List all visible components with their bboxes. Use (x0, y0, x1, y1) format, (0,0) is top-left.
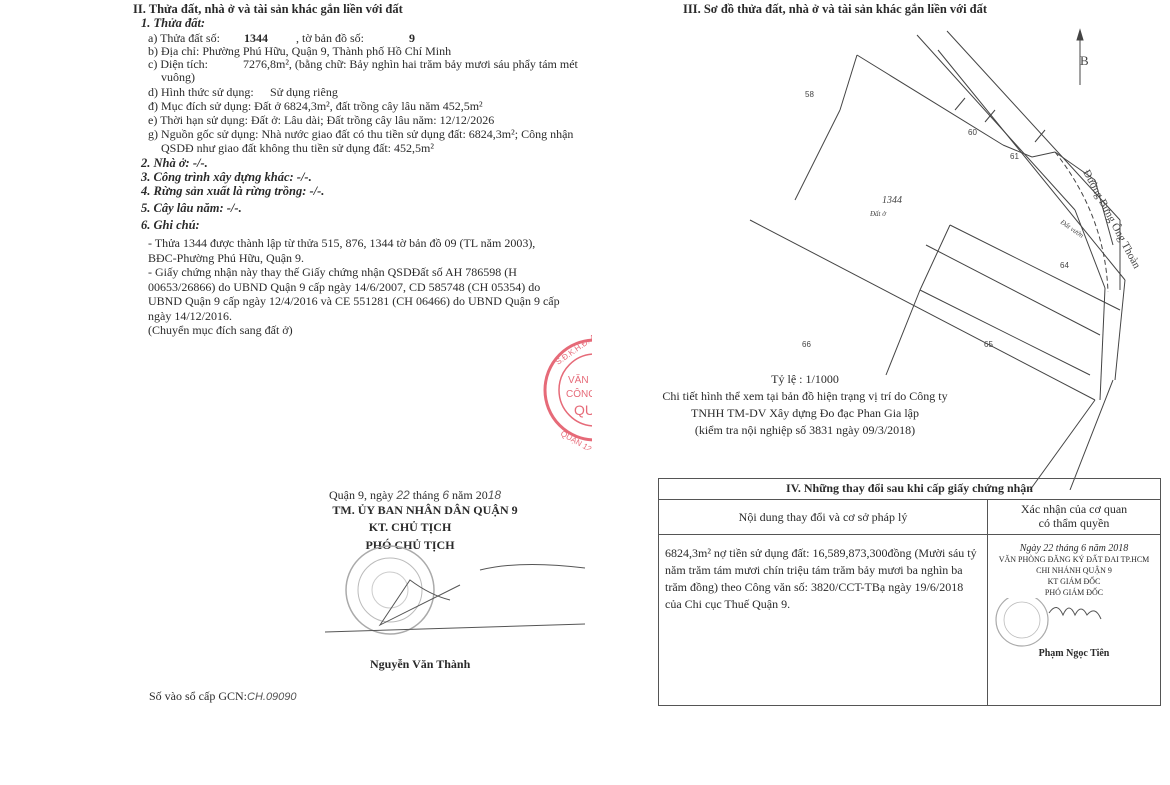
usage-term: e) Thời hạn sử dụng: Đất ở: Lâu dài; Đất… (148, 113, 494, 127)
svg-text:66: 66 (802, 340, 811, 349)
area-value: 7276,8m², (bằng chữ: Bảy nghìn hai trăm … (243, 57, 578, 71)
svg-text:65: 65 (984, 340, 993, 349)
signature-date: Quận 9, ngày 22 tháng 6 năm 2018 (329, 488, 501, 502)
note-line: BĐC-Phường Phú Hữu, Quận 9. (148, 251, 560, 266)
date-month: 6 (442, 488, 449, 502)
svg-text:Đất ở: Đất ở (869, 210, 887, 218)
map-note-2: TNHH TM-DV Xây dựng Đo đạc Phan Gia lập (660, 406, 950, 420)
other-works-item: 3. Công trình xây dựng khác: -/-. (141, 170, 312, 185)
year-label: năm 20 (452, 488, 488, 502)
note-line: - Thửa 1344 được thành lập từ thửa 515, … (148, 236, 560, 251)
notes-list: - Thửa 1344 được thành lập từ thửa 515, … (148, 236, 560, 338)
note-line: UBND Quận 9 cấp ngày 12/4/2016 và CE 551… (148, 294, 560, 309)
parcel-heading: 1. Thửa đất: (141, 16, 205, 31)
register-label: Số vào sổ cấp GCN: (149, 689, 247, 703)
map-sheet-number: 9 (409, 31, 415, 45)
usage-origin: g) Nguồn gốc sử dụng: Nhà nước giao đất … (148, 127, 573, 141)
svg-text:1344: 1344 (882, 195, 902, 206)
change-content: 6824,3m² nợ tiền sử dụng đất: 16,589,873… (659, 535, 988, 706)
usage-form-label: d) Hình thức sử dụng: (148, 85, 254, 99)
signer-role-1: KT. CHỦ TỊCH (300, 520, 520, 534)
usage-form-value: Sử dụng riêng (270, 85, 338, 99)
forest-item: 4. Rừng sản xuất là rừng trồng: -/-. (141, 184, 324, 199)
register-number: Số vào sổ cấp GCN:CH.09090 (149, 689, 297, 704)
red-seal-stamp: S.Đ.K.H.Đ: 410 VĂN CÔNG QU QUẬN 12 (530, 330, 592, 450)
house-item: 2. Nhà ở: -/-. (141, 156, 208, 171)
col-header-confirm: Xác nhận của cơ quan có thẩm quyền (988, 500, 1161, 535)
parcel-number: 1344 (244, 31, 268, 45)
svg-text:Đường Bưng Ông Thoàn: Đường Bưng Ông Thoàn (1080, 168, 1143, 271)
section-4-title: IV. Những thay đổi sau khi cấp giấy chứn… (659, 479, 1161, 500)
address: b) Địa chỉ: Phường Phú Hữu, Quận 9, Thàn… (148, 44, 451, 58)
col-header-confirm-line1: Xác nhận của cơ quan (994, 502, 1154, 516)
svg-text:61: 61 (1010, 152, 1019, 161)
date-day: 22 (396, 488, 409, 502)
svg-text:CÔNG: CÔNG (566, 387, 592, 400)
map-note-1: Chi tiết hình thể xem tại bản đồ hiện tr… (660, 389, 950, 403)
issuing-org: TM. ỦY BAN NHÂN DÂN QUẬN 9 (300, 503, 550, 517)
area-label: c) Diện tích: (148, 57, 208, 71)
confirm-date: Ngày 22 tháng 6 năm 2018 (994, 543, 1154, 554)
col-header-change: Nội dung thay đổi và cơ sở pháp lý (659, 500, 988, 535)
note-line: 00653/26866) do UBND Quận 9 cấp ngày 14/… (148, 280, 560, 295)
date-year: 18 (488, 488, 501, 502)
confirm-seal-signature (994, 598, 1154, 648)
col-header-confirm-line2: có thẩm quyền (994, 516, 1154, 530)
north-label: B (1080, 53, 1089, 68)
map-scale: Tỷ lệ : 1/1000 (660, 372, 950, 386)
svg-text:60: 60 (968, 128, 977, 137)
svg-text:64: 64 (1060, 261, 1069, 270)
svg-text:QU: QU (574, 402, 592, 418)
map-sheet-label: , tờ bản đồ số: (296, 31, 364, 45)
date-prefix: Quận 9, ngày (329, 488, 393, 502)
notes-heading: 6. Ghi chú: (141, 218, 200, 233)
section-2-title: II. Thửa đất, nhà ở và tài sản khác gắn … (133, 2, 403, 17)
confirm-role-1: KT GIÁM ĐỐC (994, 576, 1154, 587)
confirm-role-2: PHÓ GIÁM ĐỐC (994, 587, 1154, 598)
note-line: - Giấy chứng nhận này thay thế Giấy chứn… (148, 265, 560, 280)
perennial-item: 5. Cây lâu năm: -/-. (141, 201, 242, 216)
usage-purpose: đ) Mục đích sử dụng: Đất ở 6824,3m², đất… (148, 99, 483, 113)
usage-origin-cont: QSDĐ như giao đất không thu tiền sử dụng… (161, 141, 434, 155)
month-label: tháng (413, 488, 440, 502)
change-text: 6824,3m² nợ tiền sử dụng đất: 16,589,873… (665, 545, 980, 613)
svg-text:VĂN: VĂN (568, 373, 589, 386)
official-seal-and-signature (320, 540, 590, 650)
svg-text:58: 58 (805, 90, 814, 99)
changes-table: IV. Những thay đổi sau khi cấp giấy chứn… (658, 478, 1161, 706)
confirm-org-2: CHI NHÁNH QUẬN 9 (994, 565, 1154, 576)
map-note-3: (kiểm tra nội nghiệp số 3831 ngày 09/3/2… (660, 423, 950, 437)
section-3-title: III. Sơ đồ thửa đất, nhà ở và tài sản kh… (683, 2, 987, 17)
area-value-cont: vuông) (161, 70, 195, 84)
confirm-signer: Phạm Ngọc Tiên (994, 648, 1154, 659)
confirm-content: Ngày 22 tháng 6 năm 2018 VĂN PHÒNG ĐĂNG … (988, 535, 1161, 706)
signer-name: Nguyễn Văn Thành (370, 657, 470, 671)
note-line: (Chuyển mục đích sang đất ở) (148, 323, 560, 338)
note-line: ngày 14/12/2016. (148, 309, 560, 324)
parcel-number-label: a) Thửa đất số: (148, 31, 220, 45)
confirm-org-1: VĂN PHÒNG ĐĂNG KÝ ĐẤT ĐAI TP.HCM (994, 554, 1154, 565)
svg-text:Đất vườn: Đất vườn (1058, 218, 1085, 241)
register-value: CH.09090 (247, 691, 297, 703)
